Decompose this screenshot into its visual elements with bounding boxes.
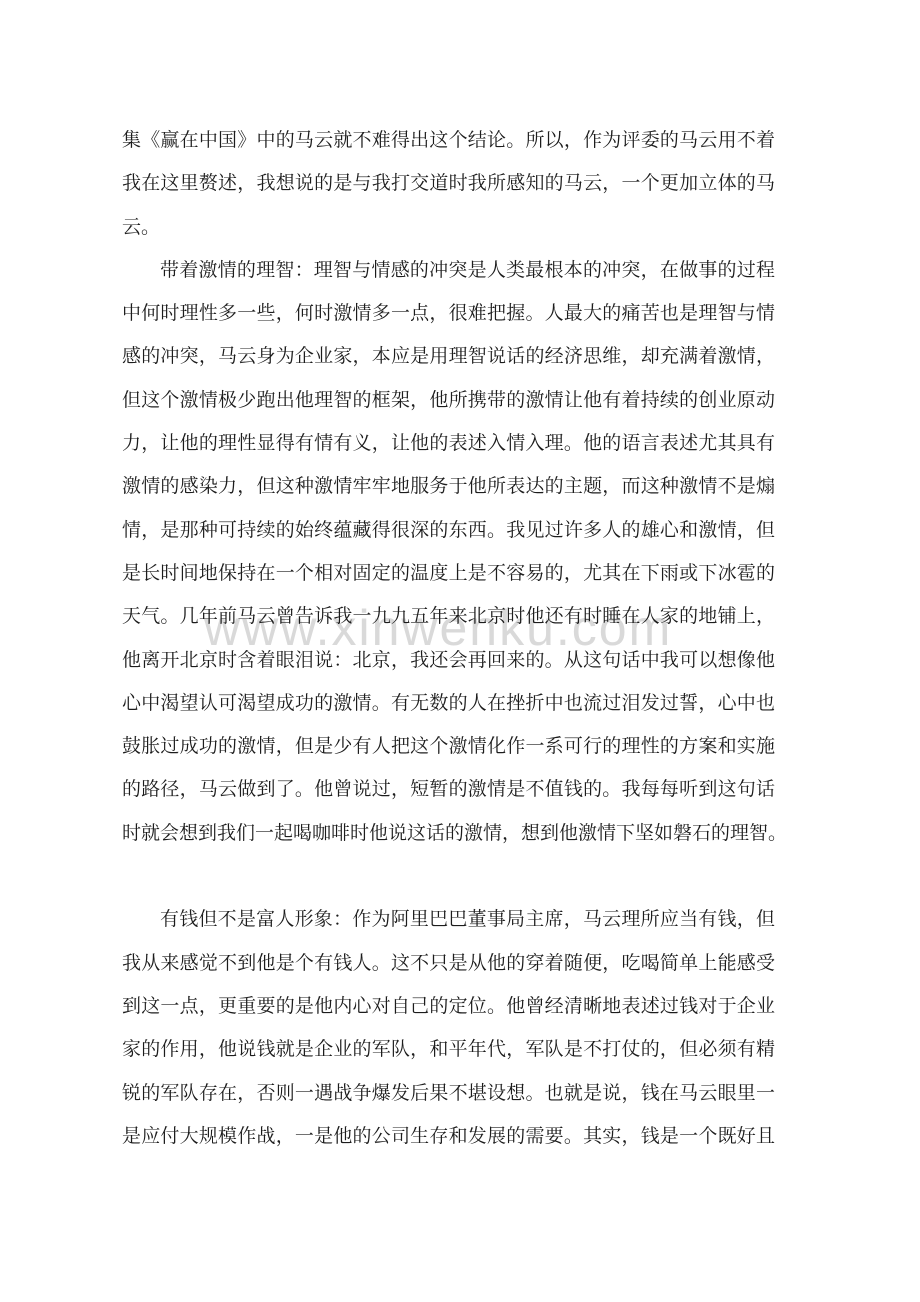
text-line: 感的冲突，马云身为企业家，本应是用理智说话的经济思维，却充满着激情， — [122, 335, 775, 378]
text-line: 我在这里赘述，我想说的是与我打交道时我所感知的马云，一个更加立体的马 — [122, 162, 775, 205]
text-line: 中何时理性多一些，何时激情多一点，很难把握。人最大的痛苦也是理智与情 — [122, 292, 775, 335]
paragraph-2: 带着激情的理智：理智与情感的冲突是人类最根本的冲突，在做事的过程 中何时理性多一… — [122, 249, 775, 855]
text-line: 锐的军队存在，否则一遇战争爆发后果不堪设想。也就是说，钱在马云眼里一 — [122, 1072, 775, 1115]
text-line: 有钱但不是富人形象：作为阿里巴巴董事局主席，马云理所应当有钱，但 — [122, 898, 775, 941]
text-line: 激情的感染力，但这种激情牢牢地服务于他所表达的主题，而这种激情不是煽 — [122, 465, 775, 508]
text-line: 他离开北京时含着眼泪说：北京，我还会再回来的。从这句话中我可以想像他 — [122, 639, 775, 682]
text-line: 我从来感觉不到他是个有钱人。这不只是从他的穿着随便，吃喝简单上能感受 — [122, 942, 775, 985]
text-line: 的路径，马云做到了。他曾说过，短暂的激情是不值钱的。我每每听到这句话 — [122, 768, 775, 811]
text-line: 心中渴望认可渴望成功的激情。有无数的人在挫折中也流过泪发过誓，心中也 — [122, 682, 775, 725]
text-line: 但这个激情极少跑出他理智的框架，他所携带的激情让他有着持续的创业原动 — [122, 379, 775, 422]
text-line: 鼓胀过成功的激情，但是少有人把这个激情化作一系可行的理性的方案和实施 — [122, 725, 775, 768]
document-page: www.xinwenku.com 集《赢在中国》中的马云就不难得出这个结论。所以… — [0, 0, 920, 1302]
text-line: 到这一点，更重要的是他内心对自己的定位。他曾经清晰地表述过钱对于企业 — [122, 985, 775, 1028]
text-line: 带着激情的理智：理智与情感的冲突是人类最根本的冲突，在做事的过程 — [122, 249, 775, 292]
paragraph-1: 集《赢在中国》中的马云就不难得出这个结论。所以，作为评委的马云用不着 我在这里赘… — [122, 119, 775, 249]
blank-line — [122, 855, 775, 898]
paragraph-3: 有钱但不是富人形象：作为阿里巴巴董事局主席，马云理所应当有钱，但 我从来感觉不到… — [122, 898, 775, 1158]
text-line: 情，是那种可持续的始终蕴藏得很深的东西。我见过许多人的雄心和激情，但 — [122, 509, 775, 552]
text-line: 力，让他的理性显得有情有义，让他的表述入情入理。他的语言表述尤其具有 — [122, 422, 775, 465]
text-line: 时就会想到我们一起喝咖啡时他说这话的激情，想到他激情下坚如磐石的理智。 — [122, 812, 775, 855]
text-line: 云。 — [122, 206, 775, 249]
text-line: 家的作用，他说钱就是企业的军队，和平年代，军队是不打仗的，但必须有精 — [122, 1028, 775, 1071]
text-line: 天气。几年前马云曾告诉我一九九五年来北京时他还有时睡在人家的地铺上， — [122, 595, 775, 638]
text-line: 是应付大规模作战，一是他的公司生存和发展的需要。其实，钱是一个既好且 — [122, 1115, 775, 1158]
document-body: 集《赢在中国》中的马云就不难得出这个结论。所以，作为评委的马云用不着 我在这里赘… — [122, 119, 775, 1158]
text-line: 是长时间地保持在一个相对固定的温度上是不容易的，尤其在下雨或下冰雹的 — [122, 552, 775, 595]
text-line: 集《赢在中国》中的马云就不难得出这个结论。所以，作为评委的马云用不着 — [122, 119, 775, 162]
